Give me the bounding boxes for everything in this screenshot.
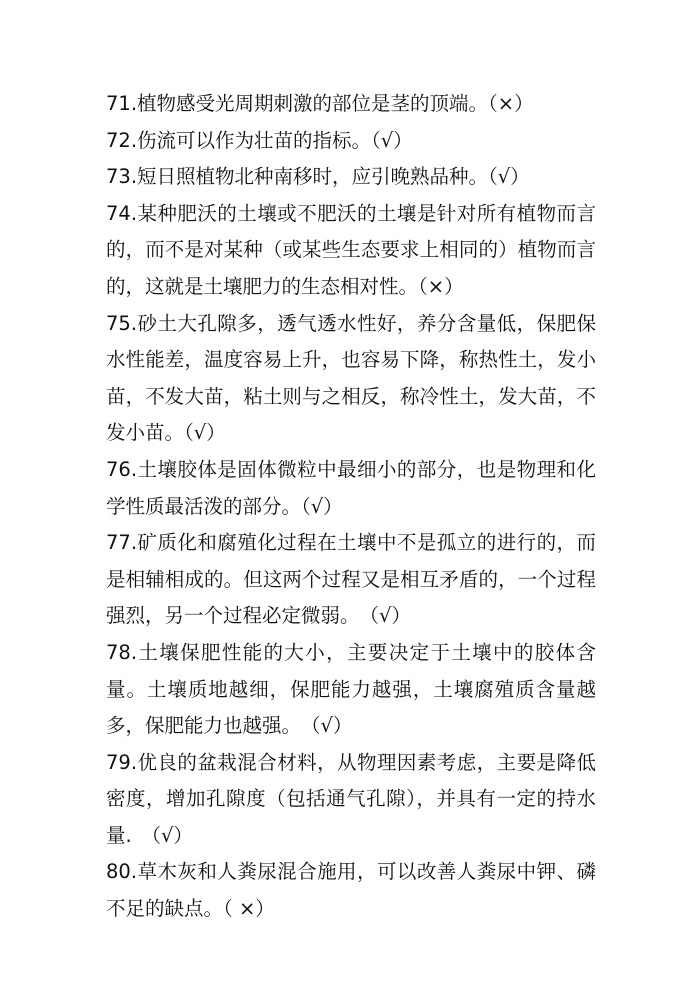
question-73: 73.短日照植物北种南移时，应引晚熟品种。（√） [106,159,596,196]
question-77: 77.矿质化和腐殖化过程在土壤中不是孤立的进行的，而是相辅相成的。但这两个过程又… [106,525,596,635]
question-79: 79.优良的盆栽混合材料，从物理因素考虑，主要是降低密度，增加孔隙度（包括通气孔… [106,745,596,855]
question-76: 76.土壤胶体是固体微粒中最细小的部分，也是物理和化学性质最活泼的部分。（√） [106,452,596,525]
question-72: 72.伤流可以作为壮苗的指标。（√） [106,123,596,160]
document-page: 71.植物感受光周期刺激的部位是茎的顶端。（×） 72.伤流可以作为壮苗的指标。… [106,86,596,928]
question-74: 74.某种肥沃的土壤或不肥沃的土壤是针对所有植物而言的，而不是对某种（或某些生态… [106,196,596,306]
question-78: 78.土壤保肥性能的大小，主要决定于土壤中的胶体含量。土壤质地越细，保肥能力越强… [106,635,596,745]
question-80: 80.草木灰和人粪尿混合施用，可以改善人粪尿中钾、磷不足的缺点。（ ×） [106,854,596,927]
question-71: 71.植物感受光周期刺激的部位是茎的顶端。（×） [106,86,596,123]
question-75: 75.砂土大孔隙多，透气透水性好，养分含量低，保肥保水性能差，温度容易上升，也容… [106,306,596,452]
